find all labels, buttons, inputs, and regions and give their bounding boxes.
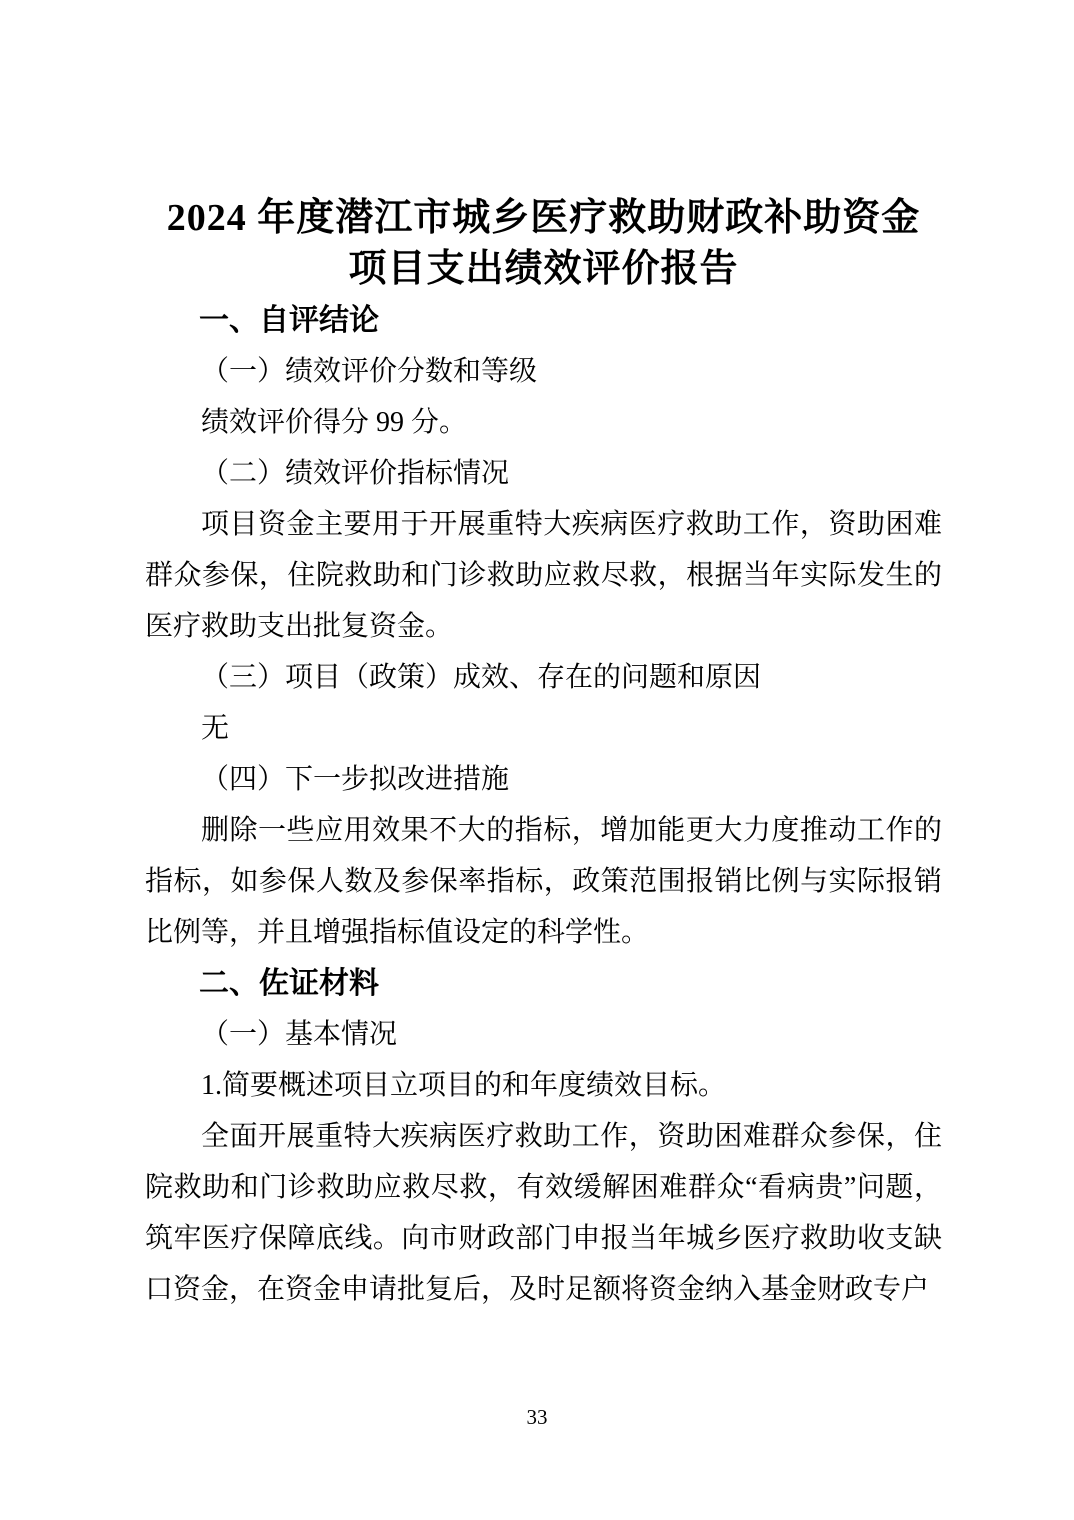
sub-heading-improvement-measures: （四）下一步拟改进措施 [145, 754, 942, 805]
page-number: 33 [0, 1402, 1074, 1432]
paragraph-improvement: 删除一些应用效果不大的指标，增加能更大力度推动工作的指标，如参保人数及参保率指标… [145, 805, 942, 958]
paragraph-item1-overview: 1.简要概述项目立项目的和年度绩效目标。 [145, 1060, 942, 1111]
sub-heading-indicator-status: （二）绩效评价指标情况 [145, 448, 942, 499]
paragraph-fund-usage: 项目资金主要用于开展重特大疾病医疗救助工作，资助困难群众参保，住院救助和门诊救助… [145, 499, 942, 652]
section-heading-self-evaluation: 一、自评结论 [145, 295, 942, 346]
report-title: 2024 年度潜江市城乡医疗救助财政补助资金 项目支出绩效评价报告 [145, 193, 942, 295]
report-title-line1: 2024 年度潜江市城乡医疗救助财政补助资金 [145, 193, 942, 244]
section-heading-supporting-materials: 二、佐证材料 [145, 958, 942, 1009]
paragraph-project-goals: 全面开展重特大疾病医疗救助工作，资助困难群众参保，住院救助和门诊救助应救尽救，有… [145, 1111, 942, 1315]
sub-heading-basic-situation: （一）基本情况 [145, 1009, 942, 1060]
sub-heading-score-and-grade: （一）绩效评价分数和等级 [145, 346, 942, 397]
report-title-line2: 项目支出绩效评价报告 [145, 244, 942, 295]
document-page: 2024 年度潜江市城乡医疗救助财政补助资金 项目支出绩效评价报告 一、自评结论… [0, 0, 1074, 1520]
paragraph-score: 绩效评价得分 99 分。 [145, 397, 942, 448]
sub-heading-effect-problems: （三）项目（政策）成效、存在的问题和原因 [145, 652, 942, 703]
paragraph-none: 无 [145, 703, 942, 754]
